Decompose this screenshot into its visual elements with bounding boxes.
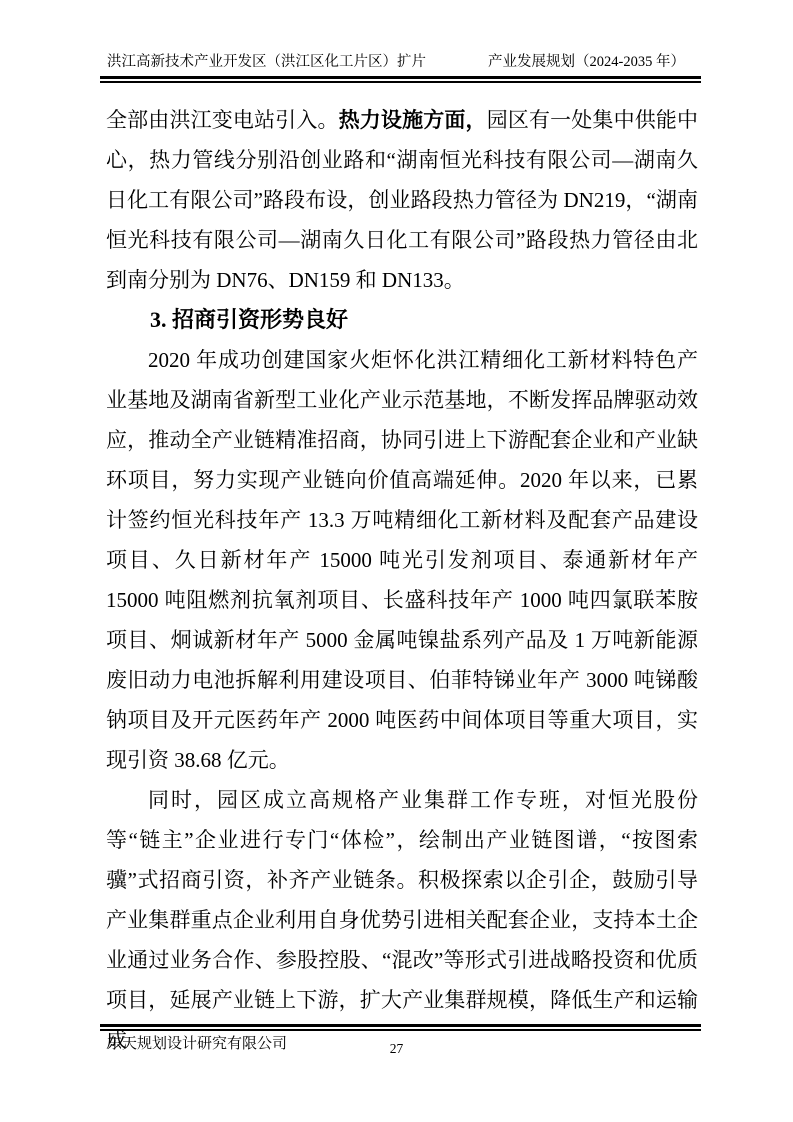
paragraph-heat-facilities: 全部由洪江变电站引入。热力设施方面，园区有一处集中供能中心，热力管线分别沿创业路…	[106, 100, 698, 300]
header-right-title: 产业发展规划（2024-2035 年）	[488, 52, 685, 72]
header-divider-thin-line	[100, 81, 701, 84]
header-left-title: 洪江高新技术产业开发区（洪江区化工片区）扩片	[107, 52, 426, 72]
footer-divider	[100, 1024, 701, 1031]
section-heading-investment: 3. 招商引资形势良好	[106, 300, 698, 340]
page-header: 洪江高新技术产业开发区（洪江区化工片区）扩片 产业发展规划（2024-2035 …	[107, 52, 685, 72]
paragraph-investment-projects: 2020 年成功创建国家火炬怀化洪江精细化工新材料特色产业基地及湖南省新型工业化…	[106, 340, 698, 780]
footer-divider-thin-line	[100, 1029, 701, 1032]
document-page: 洪江高新技术产业开发区（洪江区化工片区）扩片 产业发展规划（2024-2035 …	[0, 0, 793, 1122]
document-body: 全部由洪江变电站引入。热力设施方面，园区有一处集中供能中心，热力管线分别沿创业路…	[106, 100, 698, 1060]
page-number: 27	[0, 1040, 793, 1058]
text-run-rest: 园区有一处集中供能中心，热力管线分别沿创业路和“湖南恒光科技有限公司—湖南久日化…	[106, 108, 698, 292]
text-run-bold-heat-facilities: 热力设施方面，	[339, 108, 487, 132]
text-run-lead: 全部由洪江变电站引入。	[106, 108, 339, 132]
paragraph-industry-cluster: 同时，园区成立高规格产业集群工作专班，对恒光股份等“链主”企业进行专门“体检”，…	[106, 780, 698, 1060]
header-divider	[100, 76, 701, 83]
